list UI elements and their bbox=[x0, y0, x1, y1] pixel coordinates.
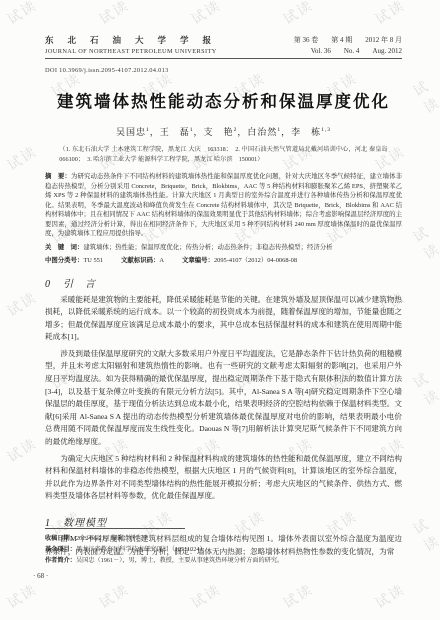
affiliation-line: （1. 东北石油大学 土木建筑工程学院，黑龙江 大庆 163318； 2. 中国… bbox=[59, 145, 387, 164]
author: 吴国忠1 bbox=[116, 127, 150, 137]
journal-name-block: 东北石油大学学报 JOURNAL OF NORTHEAST PETROLEUM … bbox=[45, 34, 225, 55]
funding-line: 基金项目：黑龙江省教育厅科学技术研究项目（12511024） bbox=[45, 545, 402, 556]
volume-cn: 第 36 卷 bbox=[294, 35, 319, 45]
keywords-line: 关 键 词：建筑墙体；热性能；保温厚度优化；传热分析；动态热条件；非稳态传热模型… bbox=[45, 242, 402, 251]
abstract-text: 为研究动态热条件下不同结构材料的建筑墙体热性能和保温厚度优化问题，针对大庆地区冬… bbox=[45, 173, 402, 237]
footnote-divider bbox=[45, 528, 185, 529]
author-separator: ， bbox=[194, 127, 204, 137]
volume-issue-block: 第 36 卷 第 4 期 2012 年 8 月 Vol. 36 No. 4 Au… bbox=[294, 35, 402, 55]
journal-name-en: JOURNAL OF NORTHEAST PETROLEUM UNIVERSIT… bbox=[45, 48, 225, 55]
paragraph: 涉及到最佳保温厚度研究的文献大多数采用户外度日平均温度法，它是静态条件下估计热负… bbox=[45, 348, 402, 449]
page-content: 东北石油大学学报 JOURNAL OF NORTHEAST PETROLEUM … bbox=[0, 0, 440, 558]
date-cn: 2012 年 8 月 bbox=[365, 35, 402, 45]
article-number: 文章编号：2095-4107（2012）04-0068-08 bbox=[182, 255, 297, 264]
journal-name-cn: 东北石油大学学报 bbox=[45, 34, 225, 46]
author-separator: ， bbox=[237, 127, 247, 137]
author-bio-line: 作者简介：吴国忠（1961－），男，博士，教授，主要从事建筑热环境分析方面的研究… bbox=[45, 556, 402, 567]
section-heading-0: 0引 言 bbox=[45, 275, 402, 290]
paper-title: 建筑墙体热性能动态分析和保温厚度优化 bbox=[45, 88, 402, 112]
footnote-block: 收稿日期：2012-06-21；编辑：任志平 基金项目：黑龙江省教育厅科学技术研… bbox=[45, 528, 402, 567]
paragraph: 为确定大庆地区 5 种结构材料和 2 种保温材料构成的建筑墙体的热性能和最优保温… bbox=[45, 453, 402, 503]
watermark-text: 试读 bbox=[95, 579, 133, 613]
keywords-label: 关 键 词： bbox=[45, 244, 83, 251]
classification-line: 中图分类号：TU 551 文献标识码：A 文章编号：2095-4107（2012… bbox=[45, 255, 402, 264]
page-number: · 68 · bbox=[33, 572, 48, 580]
clc-number: 中图分类号：TU 551 bbox=[45, 255, 103, 264]
author-separator: ， bbox=[150, 127, 160, 137]
watermark-text: 试读 bbox=[371, 579, 409, 613]
abstract-label: 摘 要： bbox=[45, 173, 71, 180]
abstract-block: 摘 要：为研究动态热条件下不同结构材料的建筑墙体热性能和保温厚度优化问题，针对大… bbox=[45, 172, 402, 238]
journal-header: 东北石油大学学报 JOURNAL OF NORTHEAST PETROLEUM … bbox=[45, 34, 402, 55]
watermark-text: 试读 bbox=[279, 579, 317, 613]
paper-page: 试读试读试读试读试读试读试读试读试读试读试读试读试读试读试读试读试读试读试读试读… bbox=[0, 0, 440, 620]
author: 王 磊1 bbox=[160, 127, 194, 137]
volume-en: Vol. 36 bbox=[311, 47, 331, 55]
author: 白治然1 bbox=[247, 127, 281, 137]
issue-cn: 第 4 期 bbox=[331, 35, 352, 45]
keywords-text: 建筑墙体；热性能；保温厚度优化；传热分析；动态热条件；非稳态传热模型；经济分析 bbox=[83, 244, 332, 251]
header-divider bbox=[45, 58, 402, 59]
document-code: 文献标识码：A bbox=[121, 255, 164, 264]
section-title: 引 言 bbox=[63, 279, 96, 290]
date-en: Aug. 2012 bbox=[372, 47, 402, 55]
paragraph: 采暖能耗是建筑物的主要能耗，降低采暖能耗是节能的关键。在建筑外墙及屋顶保温可以减… bbox=[45, 294, 402, 344]
watermark-text: 试读 bbox=[187, 579, 225, 613]
issue-en: No. 4 bbox=[344, 47, 360, 55]
author-separator: ， bbox=[281, 127, 291, 137]
section-heading-1: 1数理模型 bbox=[45, 514, 402, 529]
received-date-line: 收稿日期：2012-06-21；编辑：任志平 bbox=[45, 534, 402, 545]
watermark-text: 试读 bbox=[3, 579, 41, 613]
authors-line: 吴国忠1，王 磊1，支 艳2，白治然1，李 栋1,3 bbox=[45, 125, 402, 138]
section-number: 0 bbox=[45, 279, 51, 290]
author: 李 栋1,3 bbox=[291, 127, 331, 137]
doi-line: DOI 10.3969/j.issn.2095-4107.2012.04.013 bbox=[45, 67, 402, 74]
author: 支 艳2 bbox=[204, 127, 238, 137]
